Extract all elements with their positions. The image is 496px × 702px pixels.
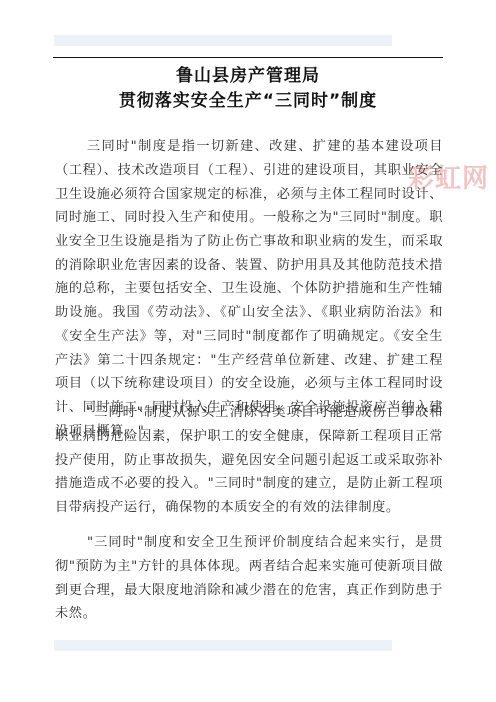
- document-title-organization: 鲁山县房产管理局: [0, 61, 496, 86]
- paragraph-1: 三同时"制度是指一切新建、改建、扩建的基本建设项目（工程）、技术改造项目（工程）…: [55, 135, 443, 443]
- document-title: 贯彻落实安全生产“三同时”制度: [0, 86, 496, 111]
- header-rule: [53, 57, 443, 58]
- footer-placeholder-bar: [54, 640, 392, 651]
- paragraph-2: "三同时"制度从源头上消除各类项目可能造成伤亡事故和职业病的危险因素，保护职工的…: [55, 401, 443, 520]
- paragraph-3: "三同时"制度和安全卫生预评价制度结合起来实行，是贯彻"预防为主"方针的具体体现…: [55, 531, 443, 626]
- header-placeholder-bar: [54, 35, 392, 46]
